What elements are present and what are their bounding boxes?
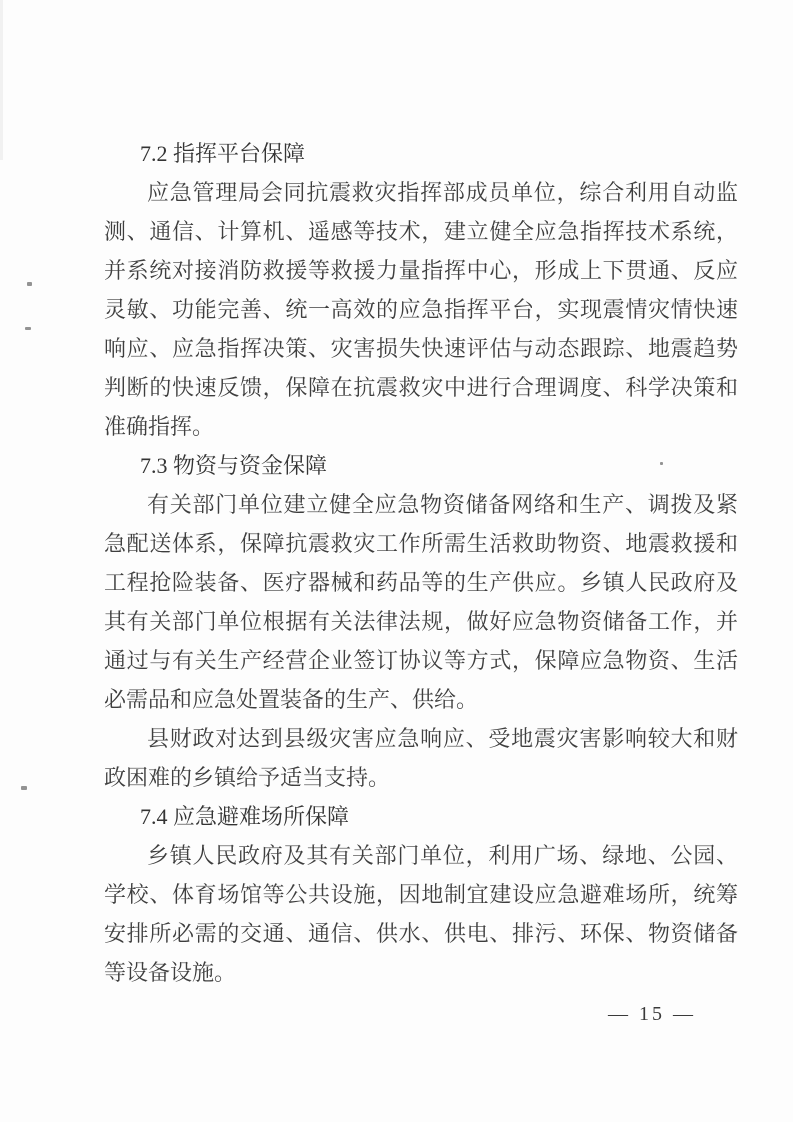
document-page: 7.2 指挥平台保障应急管理局会同抗震救灾指挥部成员单位，综合利用自动监测、通信… <box>0 0 793 1122</box>
scan-speck <box>21 786 27 790</box>
section-heading: 7.2 指挥平台保障 <box>104 134 738 173</box>
body-line: 等设备设施。 <box>104 953 738 992</box>
scan-edge-shade <box>0 0 3 160</box>
body-line: 有关部门单位建立健全应急物资储备网络和生产、调拨及紧 <box>104 485 738 524</box>
body-line: 安排所必需的交通、通信、供水、供电、排污、环保、物资储备 <box>104 914 738 953</box>
body-line: 县财政对达到县级灾害应急响应、受地震灾害影响较大和财 <box>104 719 738 758</box>
body-line: 必需品和应急处置装备的生产、供给。 <box>104 680 738 719</box>
scan-speck <box>27 282 32 286</box>
document-body: 7.2 指挥平台保障应急管理局会同抗震救灾指挥部成员单位，综合利用自动监测、通信… <box>104 134 738 992</box>
body-line: 通过与有关生产经营企业签订协议等方式，保障应急物资、生活 <box>104 641 738 680</box>
body-line: 并系统对接消防救援等救援力量指挥中心，形成上下贯通、反应 <box>104 251 738 290</box>
section-heading: 7.3 物资与资金保障 <box>104 446 738 485</box>
body-line: 准确指挥。 <box>104 407 738 446</box>
body-line: 灵敏、功能完善、统一高效的应急指挥平台，实现震情灾情快速 <box>104 290 738 329</box>
body-line: 判断的快速反馈，保障在抗震救灾中进行合理调度、科学决策和 <box>104 368 738 407</box>
body-line: 应急管理局会同抗震救灾指挥部成员单位，综合利用自动监 <box>104 173 738 212</box>
body-line: 急配送体系，保障抗震救灾工作所需生活救助物资、地震救援和 <box>104 524 738 563</box>
body-line: 响应、应急指挥决策、灾害损失快速评估与动态跟踪、地震趋势 <box>104 329 738 368</box>
body-line: 学校、体育场馆等公共设施，因地制宜建设应急避难场所，统筹 <box>104 875 738 914</box>
body-line: 测、通信、计算机、遥感等技术，建立健全应急指挥技术系统， <box>104 212 738 251</box>
scan-speck <box>660 462 663 465</box>
body-line: 工程抢险装备、医疗器械和药品等的生产供应。乡镇人民政府及 <box>104 563 738 602</box>
section-heading: 7.4 应急避难场所保障 <box>104 797 738 836</box>
scan-speck <box>25 327 31 330</box>
body-line: 政困难的乡镇给予适当支持。 <box>104 758 738 797</box>
page-number: — 15 — <box>608 1003 696 1026</box>
body-line: 其有关部门单位根据有关法律法规，做好应急物资储备工作，并 <box>104 602 738 641</box>
body-line: 乡镇人民政府及其有关部门单位，利用广场、绿地、公园、 <box>104 836 738 875</box>
